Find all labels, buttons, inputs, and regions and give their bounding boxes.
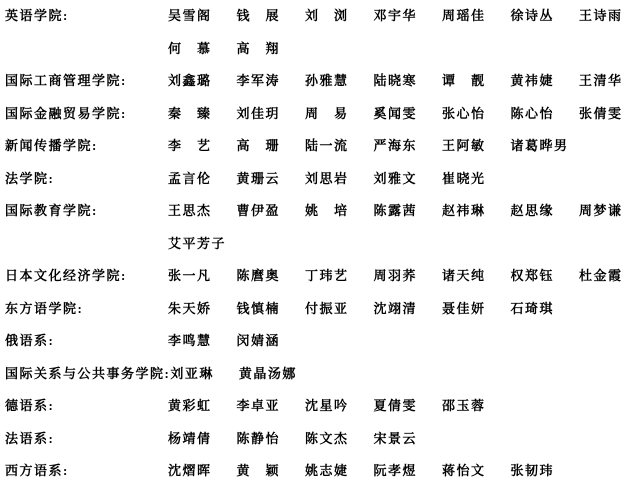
department-label: 国际教育学院: <box>5 202 168 219</box>
person-name: 王思杰 <box>168 202 237 219</box>
roster-row: 法学院:孟言伦黄珊云刘思岩刘雅文崔晓光 <box>5 170 621 203</box>
person-name: 谭 靓 <box>442 72 511 89</box>
person-name: 张倩雯 <box>579 105 623 122</box>
names-list: 李 艺高 珊陆一流严海东王阿敏诸葛晔男 <box>168 137 621 154</box>
department-label: 日本文化经济学院: <box>5 267 168 284</box>
department-label: 西方语系: <box>5 462 168 479</box>
person-name: 赵思缘 <box>511 202 580 219</box>
person-name: 邓宇华 <box>374 7 443 24</box>
person-name: 崔晓光 <box>442 170 511 187</box>
person-name: 王阿敏 <box>442 137 511 154</box>
names-list: 何 慕高 翔 <box>168 40 621 57</box>
person-name: 朱天娇 <box>168 300 237 317</box>
names-list: 王思杰曹伊盈姚 培陈露茜赵祎琳赵思缘周梦谦 <box>168 202 623 219</box>
person-name: 沈翊清 <box>374 300 443 317</box>
person-name: 曹伊盈 <box>237 202 306 219</box>
person-name: 权郑钰 <box>511 267 580 284</box>
person-name: 石琦琪 <box>511 300 580 317</box>
roster-row: 德语系:黄彩虹李卓亚沈星吟夏倩雯邵玉蓉 <box>5 397 621 430</box>
person-name: 秦 臻 <box>168 105 237 122</box>
person-name: 付振亚 <box>305 300 374 317</box>
person-name: 陈文杰 <box>305 430 374 447</box>
person-name: 蒋怡文 <box>442 462 511 479</box>
roster-row: 国际关系与公共事务学院:刘亚琳黄晶汤娜 <box>5 365 621 398</box>
person-name: 刘佳玥 <box>237 105 306 122</box>
names-list: 朱天娇钱慎楠付振亚沈翊清聂佳妍石琦琪 <box>168 300 621 317</box>
person-name: 奚闻雯 <box>374 105 443 122</box>
roster-row: 何 慕高 翔 <box>5 40 621 73</box>
person-name: 诸天纯 <box>442 267 511 284</box>
person-name: 周梦谦 <box>579 202 623 219</box>
person-name: 高 翔 <box>237 40 306 57</box>
department-label: 法语系: <box>5 430 168 447</box>
person-name: 杜金霞 <box>579 267 623 284</box>
roster-row: 英语学院:吴雪阁钱 展刘 浏邓宇华周瑶佳徐诗丛王诗雨 <box>5 7 621 40</box>
department-label: 新闻传播学院: <box>5 137 168 154</box>
person-name: 姚志婕 <box>305 462 374 479</box>
person-name: 陈麿奥 <box>237 267 306 284</box>
person-name: 闵婧涵 <box>237 332 306 349</box>
person-name: 杨靖倩 <box>168 430 237 447</box>
roster-row: 俄语系:李鸣慧闵婧涵 <box>5 332 621 365</box>
person-name: 李鸣慧 <box>168 332 237 349</box>
person-name: 张韧玮 <box>511 462 580 479</box>
department-label: 国际关系与公共事务学院: <box>5 365 170 382</box>
person-name: 王清华 <box>579 72 623 89</box>
person-name: 黄晶汤娜 <box>239 365 308 382</box>
person-name: 夏倩雯 <box>374 397 443 414</box>
person-name: 周瑶佳 <box>442 7 511 24</box>
person-name: 张一凡 <box>168 267 237 284</box>
department-label: 东方语学院: <box>5 300 168 317</box>
person-name: 姚 培 <box>305 202 374 219</box>
person-name: 黄祎婕 <box>511 72 580 89</box>
roster-row: 国际工商管理学院:刘鑫璐李军涛孙雅慧陆晓寒谭 靓黄祎婕王清华 <box>5 72 621 105</box>
roster-row: 新闻传播学院:李 艺高 珊陆一流严海东王阿敏诸葛晔男 <box>5 137 621 170</box>
department-label: 法学院: <box>5 170 168 187</box>
person-name: 赵祎琳 <box>442 202 511 219</box>
person-name: 聂佳妍 <box>442 300 511 317</box>
department-label: 英语学院: <box>5 7 168 24</box>
person-name: 严海东 <box>374 137 443 154</box>
person-name: 徐诗丛 <box>511 7 580 24</box>
department-label: 德语系: <box>5 397 168 414</box>
person-name: 周 易 <box>305 105 374 122</box>
person-name: 刘亚琳 <box>170 365 239 382</box>
person-name: 诸葛晔男 <box>511 137 580 154</box>
person-name: 李军涛 <box>237 72 306 89</box>
names-list: 刘鑫璐李军涛孙雅慧陆晓寒谭 靓黄祎婕王清华 <box>168 72 623 89</box>
names-list: 沈熠晖黄 颖姚志婕阮孝煜蒋怡文张韧玮 <box>168 462 621 479</box>
person-name: 黄彩虹 <box>168 397 237 414</box>
person-name: 黄珊云 <box>237 170 306 187</box>
names-list: 秦 臻刘佳玥周 易奚闻雯张心怡陈心怡张倩雯 <box>168 105 623 122</box>
person-name: 宋景云 <box>374 430 443 447</box>
roster-row: 西方语系:沈熠晖黄 颖姚志婕阮孝煜蒋怡文张韧玮 <box>5 462 621 494</box>
person-name: 陆晓寒 <box>374 72 443 89</box>
person-name: 陈静怡 <box>237 430 306 447</box>
person-name: 张心怡 <box>442 105 511 122</box>
person-name: 高 珊 <box>237 137 306 154</box>
names-list: 张一凡陈麿奥丁玮艺周羽荞诸天纯权郑钰杜金霞 <box>168 267 623 284</box>
names-list: 刘亚琳黄晶汤娜 <box>170 365 621 382</box>
person-name: 陈露茜 <box>374 202 443 219</box>
person-name: 孙雅慧 <box>305 72 374 89</box>
names-list: 孟言伦黄珊云刘思岩刘雅文崔晓光 <box>168 170 621 187</box>
person-name: 刘雅文 <box>374 170 443 187</box>
names-list: 吴雪阁钱 展刘 浏邓宇华周瑶佳徐诗丛王诗雨 <box>168 7 623 24</box>
names-list: 艾平芳子 <box>168 235 621 252</box>
person-name: 钱慎楠 <box>237 300 306 317</box>
names-list: 杨靖倩陈静怡陈文杰宋景云 <box>168 430 621 447</box>
person-name: 周羽荞 <box>374 267 443 284</box>
roster-row: 日本文化经济学院:张一凡陈麿奥丁玮艺周羽荞诸天纯权郑钰杜金霞 <box>5 267 621 300</box>
person-name: 艾平芳子 <box>168 235 237 252</box>
person-name: 阮孝煜 <box>374 462 443 479</box>
person-name: 刘思岩 <box>305 170 374 187</box>
roster-rows: 英语学院:吴雪阁钱 展刘 浏邓宇华周瑶佳徐诗丛王诗雨何 慕高 翔国际工商管理学院… <box>5 7 621 494</box>
person-name: 邵玉蓉 <box>442 397 511 414</box>
person-name: 沈星吟 <box>305 397 374 414</box>
person-name: 李 艺 <box>168 137 237 154</box>
person-name: 陆一流 <box>305 137 374 154</box>
roster-row: 法语系:杨靖倩陈静怡陈文杰宋景云 <box>5 430 621 463</box>
person-name: 陈心怡 <box>511 105 580 122</box>
person-name: 吴雪阁 <box>168 7 237 24</box>
person-name: 王诗雨 <box>579 7 623 24</box>
person-name: 孟言伦 <box>168 170 237 187</box>
person-name: 钱 展 <box>237 7 306 24</box>
person-name: 丁玮艺 <box>305 267 374 284</box>
person-name: 黄 颖 <box>237 462 306 479</box>
person-name: 刘鑫璐 <box>168 72 237 89</box>
roster-row: 国际教育学院:王思杰曹伊盈姚 培陈露茜赵祎琳赵思缘周梦谦 <box>5 202 621 235</box>
roster-document: 英语学院:吴雪阁钱 展刘 浏邓宇华周瑶佳徐诗丛王诗雨何 慕高 翔国际工商管理学院… <box>0 0 623 494</box>
department-label: 俄语系: <box>5 332 168 349</box>
names-list: 黄彩虹李卓亚沈星吟夏倩雯邵玉蓉 <box>168 397 621 414</box>
roster-row: 东方语学院:朱天娇钱慎楠付振亚沈翊清聂佳妍石琦琪 <box>5 300 621 333</box>
names-list: 李鸣慧闵婧涵 <box>168 332 621 349</box>
person-name: 刘 浏 <box>305 7 374 24</box>
roster-row: 国际金融贸易学院:秦 臻刘佳玥周 易奚闻雯张心怡陈心怡张倩雯 <box>5 105 621 138</box>
department-label: 国际工商管理学院: <box>5 72 168 89</box>
person-name: 何 慕 <box>168 40 237 57</box>
person-name: 李卓亚 <box>237 397 306 414</box>
person-name: 沈熠晖 <box>168 462 237 479</box>
roster-row: 艾平芳子 <box>5 235 621 268</box>
department-label: 国际金融贸易学院: <box>5 105 168 122</box>
